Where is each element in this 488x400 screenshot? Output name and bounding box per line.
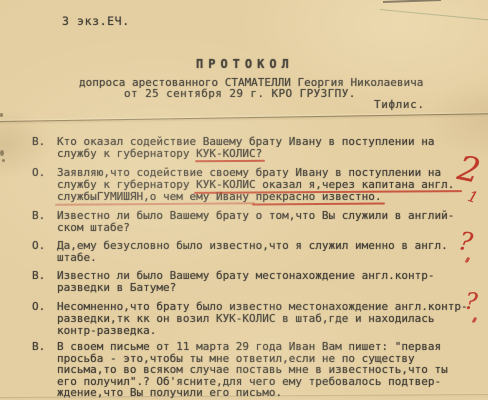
fold-crease [0,113,488,122]
answer-label: О. [32,240,57,252]
margin-annotation: 2 [454,148,483,192]
question-label: В. [32,210,57,222]
question-label: В. [32,270,57,282]
typed-line: письма,то во всяком случае поставь мне в… [57,364,448,376]
margin-annotation: ? [457,226,475,257]
typed-line: службу к губернатору КУК-КОЛИС? [57,148,435,160]
typed-line: Да,ему безусловно было известно,что я сл… [57,240,448,252]
question-label: В. [32,136,57,148]
typed-line: разведки в Батуме? [57,282,435,294]
question-label: В. [32,341,57,353]
typed-line: ждение,что Вы получили его письмо. [57,387,448,399]
paper-speck [0,150,4,156]
paper-speck [0,113,3,117]
page-corner-mark [383,0,441,3]
red-underline [195,160,265,162]
margin-annotation: ? [464,288,479,315]
paper-speck [2,159,5,162]
typed-line: контр-разведка. [57,325,468,337]
document-title: ПРОТОКОЛ [196,57,294,71]
red-underline [55,202,255,205]
scanned-protocol-page: 3 экз.ЕЧ. ПРОТОКОЛ допроса арестованного… [0,0,488,400]
red-comma-mark [472,317,477,324]
typed-line: В своем письме от 11 марта 29 года Иван … [57,341,448,353]
question-block: В. Известно ли было Вашему брату местона… [32,270,435,294]
red-comma-mark [465,257,470,264]
typed-line: ском штабе? [57,222,454,234]
red-underline [252,203,385,206]
answer-block: О. Да,ему безусловно было известно,что я… [32,240,448,264]
question-block: В. Кто оказал содействие Вашему брату Ив… [32,136,435,160]
answer-block: О. Заявляю,что содействие своему брату И… [32,167,454,203]
answer-block: О. Несомненно,что брату было известно ме… [32,301,468,337]
answer-label: О. [32,301,57,313]
question-block: В. В своем письме от 11 марта 29 года Ив… [32,341,448,399]
document-subtitle-line2: от 25 сентября 29 г. КРО ГРУЗГПУ. [124,87,356,100]
question-block: В. Известно ли было Вашему брату о том,ч… [32,210,454,234]
answer-label: О. [32,167,57,179]
copy-count-note: 3 экз.ЕЧ. [62,14,130,28]
typed-line: штабе. [57,252,448,264]
pencil-stroke [380,9,488,21]
document-place: Тифлис. [374,98,425,111]
